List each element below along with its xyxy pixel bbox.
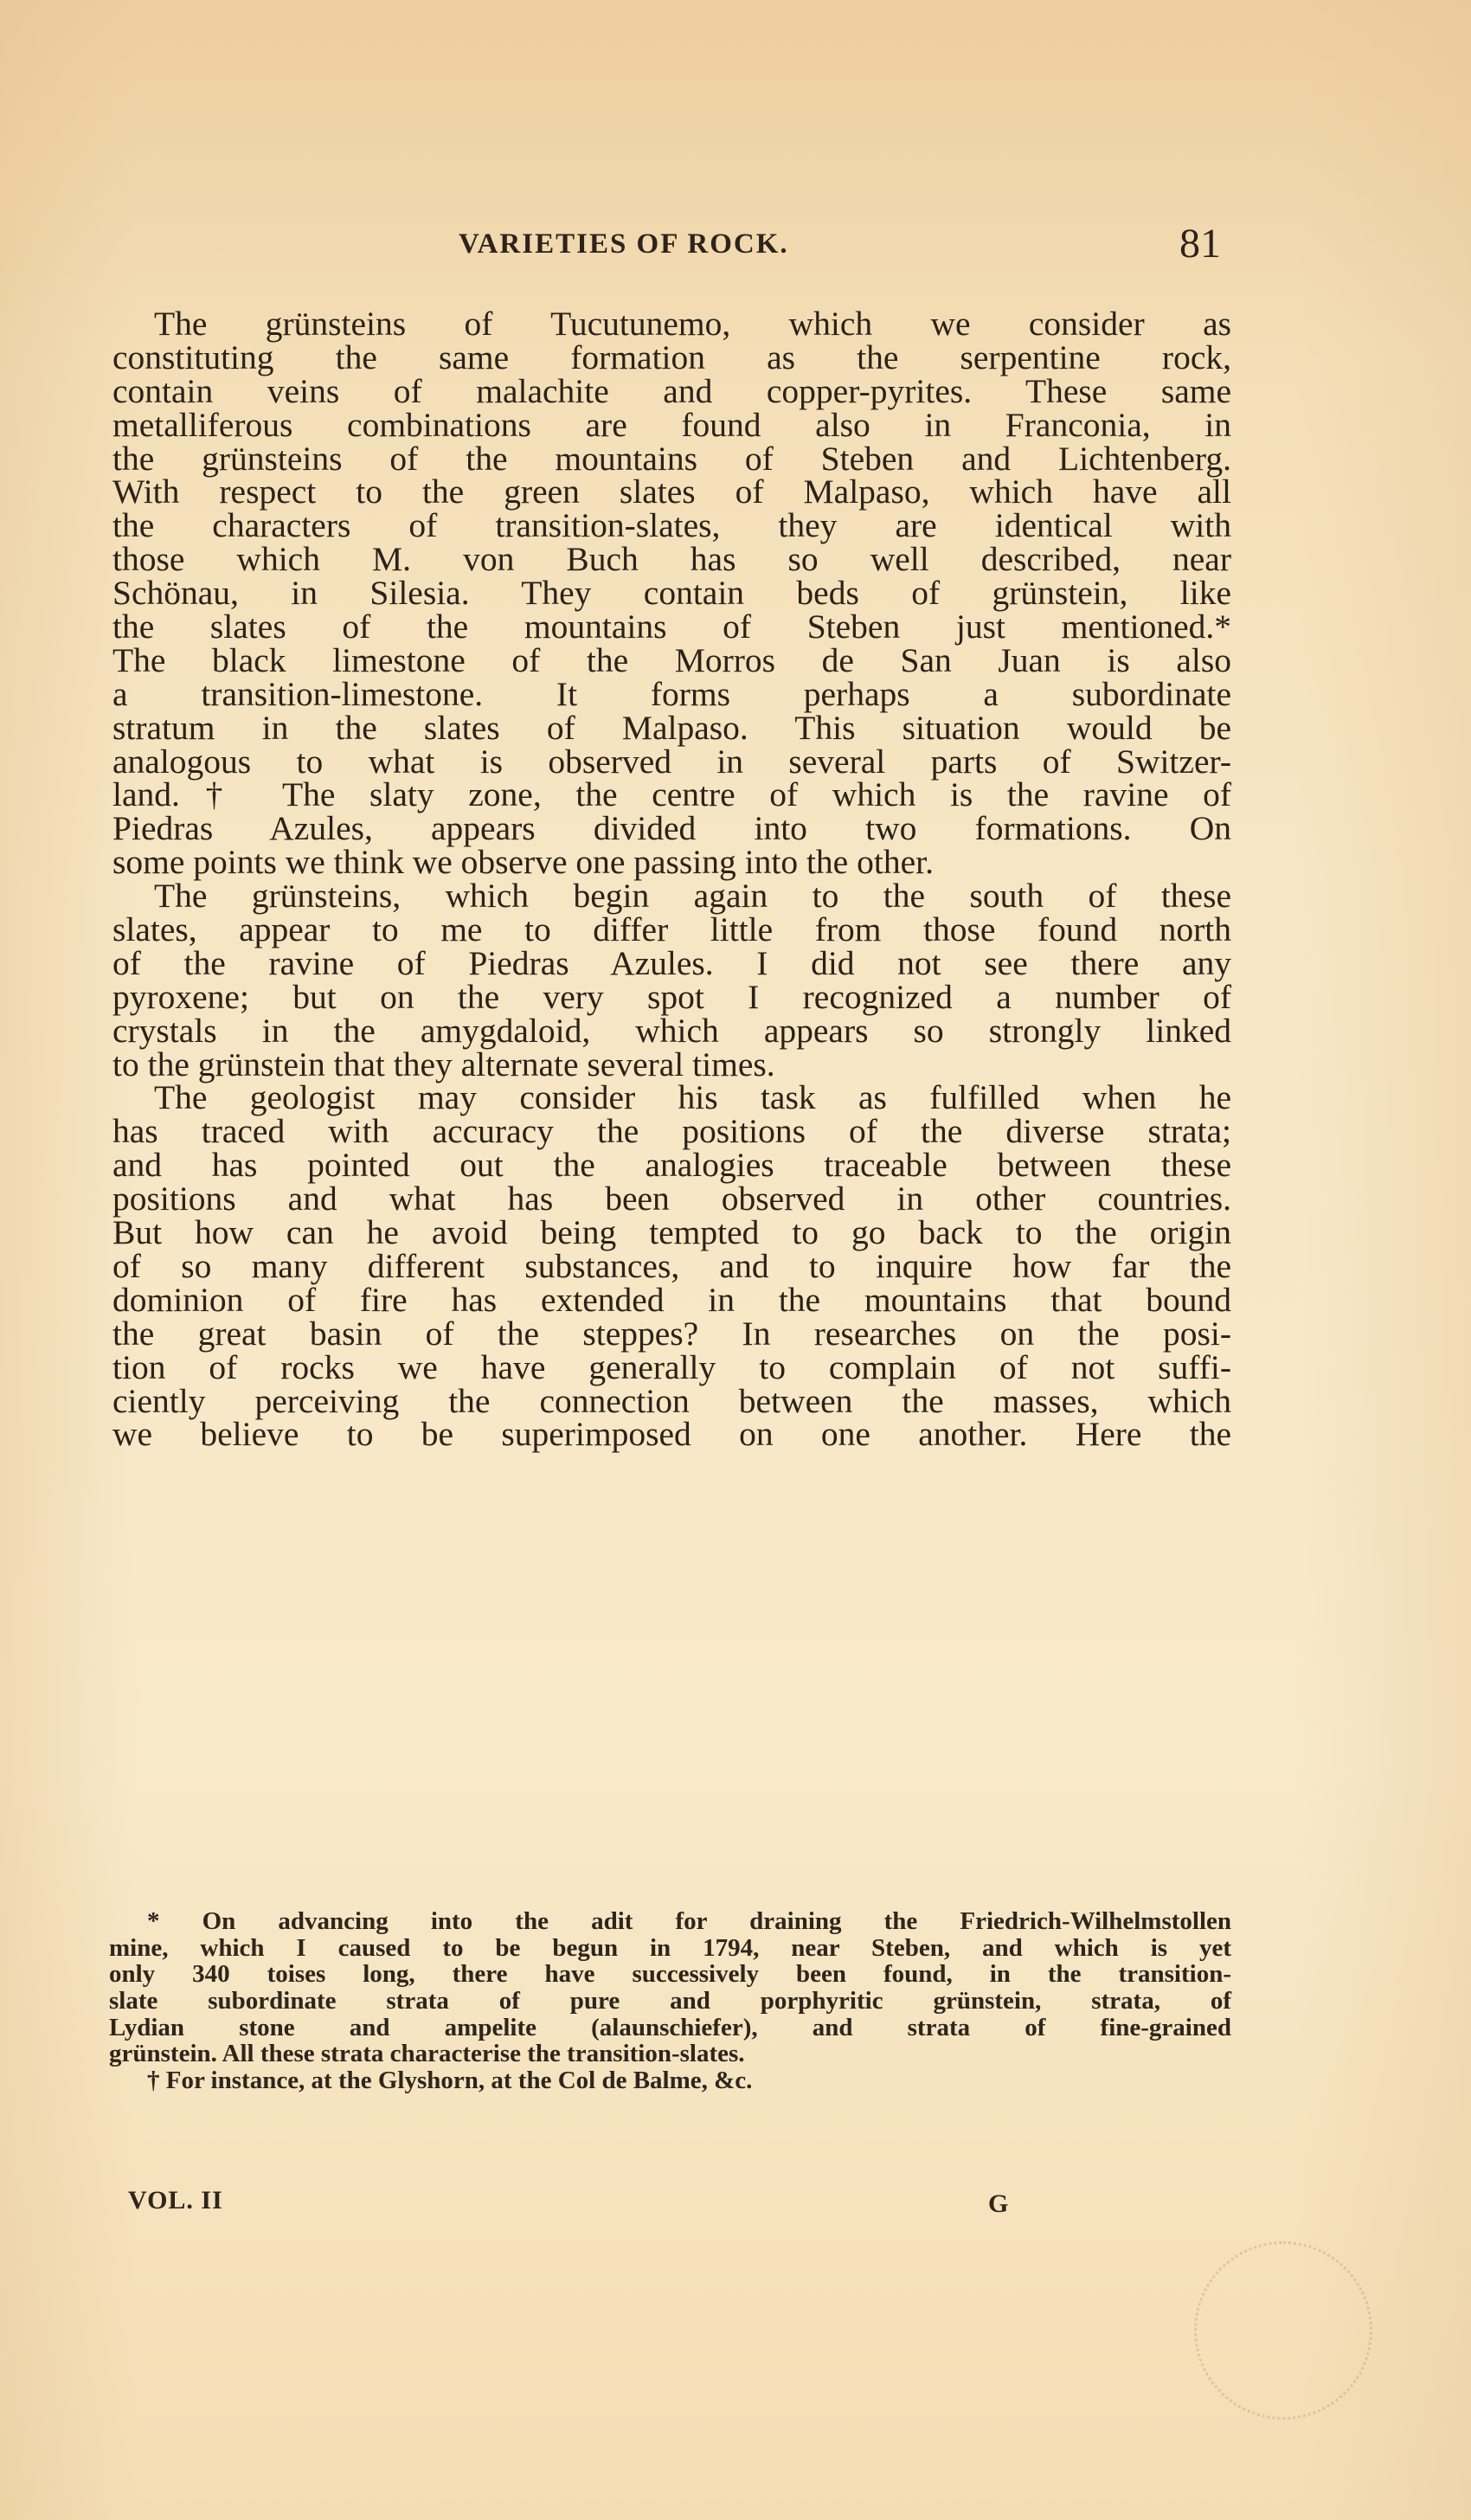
text-line: those which M. von Buch has so well desc… [112,543,1231,576]
text-line: stratum in the slates of Malpaso. This s… [112,711,1231,745]
text-line: dominion of fire has extended in the mou… [112,1283,1231,1317]
text-line: constituting the same formation as the s… [112,341,1231,375]
volume-mark: VOL. II [128,2186,223,2215]
text-line: But how can he avoid being tempted to go… [112,1216,1231,1250]
text-line: analogous to what is observed in several… [112,745,1231,779]
running-head: VARIETIES OF ROCK. 81 [0,220,1471,272]
footnote-line: mine, which I caused to be begun in 1794… [109,1935,1231,1962]
footnote-line: Lydian stone and ampelite (alaunschiefer… [109,2015,1231,2041]
text-line: pyroxene; but on the very spot I recogni… [112,980,1231,1014]
footnote-line: slate subordinate strata of pure and por… [109,1988,1231,2015]
text-line: contain veins of malachite and copper-py… [112,375,1231,408]
text-line: The grünsteins of Tucutunemo, which we c… [112,307,1231,341]
body-text: The grünsteins of Tucutunemo, which we c… [112,307,1231,1451]
text-line: to the grünstein that they alternate sev… [112,1048,1231,1082]
running-title: VARIETIES OF ROCK. [459,228,789,260]
text-line: Piedras Azules, appears divided into two… [112,812,1231,845]
book-page: VARIETIES OF ROCK. 81 The grünsteins of … [0,0,1471,2520]
text-line: the slates of the mountains of Steben ju… [112,610,1231,644]
text-line: of so many different substances, and to … [112,1250,1231,1283]
footnote-line: † For instance, at the Glyshorn, at the … [109,2067,1231,2094]
text-line: The grünsteins, which begin again to the… [112,879,1231,913]
text-line: the great basin of the steppes? In resea… [112,1317,1231,1351]
text-line: The geologist may consider his task as f… [112,1081,1231,1115]
text-line: crystals in the amygdaloid, which appear… [112,1014,1231,1048]
text-line: metalliferous combinations are found als… [112,408,1231,442]
text-line: has traced with accuracy the positions o… [112,1115,1231,1148]
text-line: With respect to the green slates of Malp… [112,475,1231,509]
text-line: the characters of transition-slates, the… [112,509,1231,543]
text-line: a transition-limestone. It forms perhaps… [112,678,1231,711]
text-line: we believe to be superimposed on one ano… [112,1417,1231,1451]
text-line: the grünsteins of the mountains of Stebe… [112,442,1231,476]
signature-line: VOL. II G [0,2186,1471,2221]
text-line: land.† The slaty zone, the centre of whi… [112,778,1231,812]
footnote-line: * On advancing into the adit for drainin… [109,1908,1231,1935]
footnotes: * On advancing into the adit for drainin… [109,1908,1231,2094]
library-stamp-icon [1194,2241,1372,2420]
text-line: of the ravine of Piedras Azules. I did n… [112,947,1231,980]
text-line: positions and what has been observed in … [112,1182,1231,1216]
page-number: 81 [1179,220,1221,267]
signature-letter: G [988,2189,1008,2219]
text-line: The black limestone of the Morros de San… [112,644,1231,678]
footnote-line: only 340 toises long, there have success… [109,1961,1231,1988]
text-line: and has pointed out the analogies tracea… [112,1148,1231,1182]
text-line: slates, appear to me to differ little fr… [112,913,1231,947]
text-line: Schönau, in Silesia. They contain beds o… [112,576,1231,610]
text-line: tion of rocks we have generally to compl… [112,1351,1231,1385]
text-line: ciently perceiving the connection betwee… [112,1385,1231,1418]
text-line: some points we think we observe one pass… [112,845,1231,879]
footnote-line: grünstein. All these strata characterise… [109,2041,1231,2067]
